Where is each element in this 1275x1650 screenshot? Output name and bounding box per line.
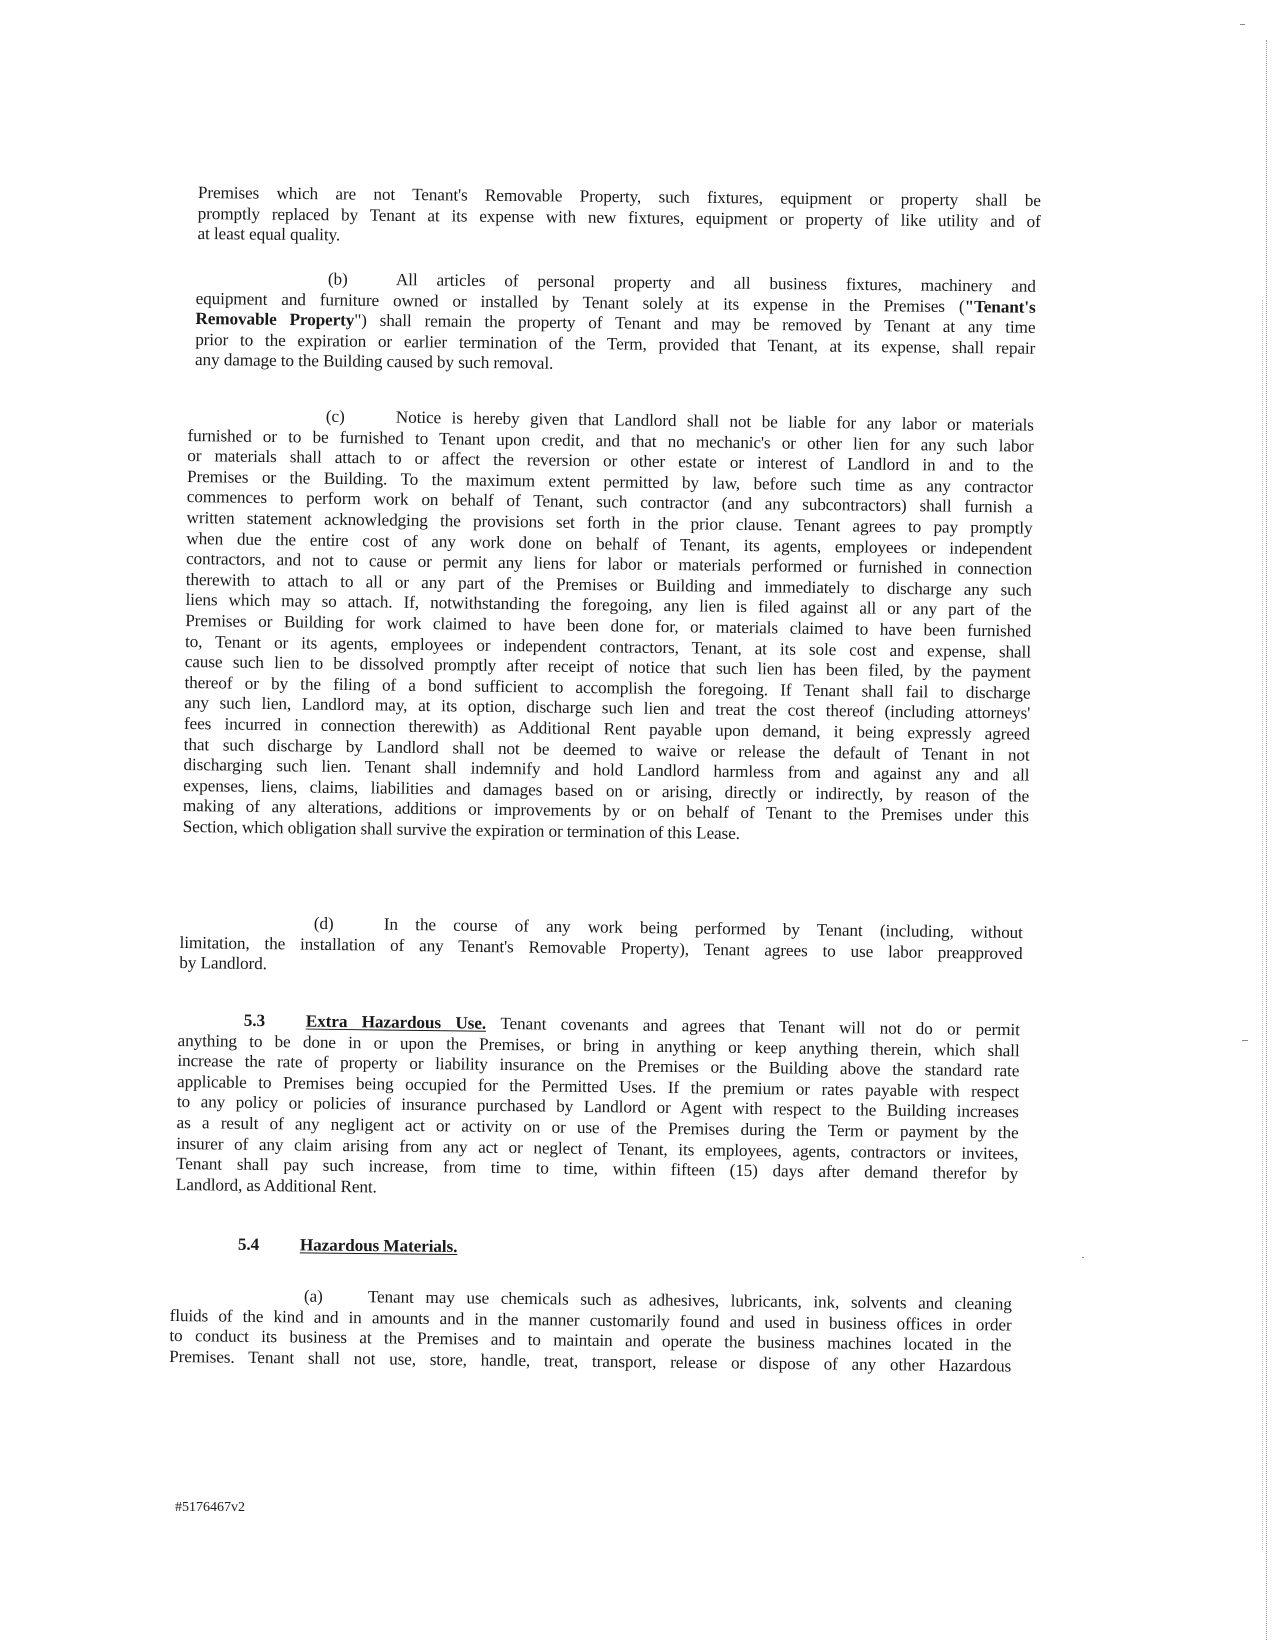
scan-speck	[1240, 24, 1245, 25]
continuation-paragraph: Premises which are not Tenant's Removabl…	[197, 183, 1041, 253]
section-number: 5.4	[238, 1235, 300, 1256]
scan-speck	[1242, 1040, 1248, 1041]
section-title: Hazardous Materials.	[300, 1235, 458, 1256]
section-heading-line: 5.4Hazardous Materials.	[172, 1234, 672, 1260]
paragraph-b: (b)All articles of personal property and…	[195, 268, 1036, 380]
paragraph-c: (c)Notice is hereby given that Landlord …	[183, 405, 1034, 848]
paragraph-label: (a)	[304, 1287, 368, 1308]
paragraph-label: (d)	[314, 914, 384, 936]
scan-edge-artifact	[1262, 300, 1263, 1550]
scan-speck	[1082, 1257, 1084, 1258]
section-5-4-heading: 5.4Hazardous Materials.	[172, 1234, 672, 1260]
document-page: Premises which are not Tenant's Removabl…	[0, 0, 1275, 1650]
section-title: Extra Hazardous Use.	[306, 1012, 486, 1033]
defined-term: "Tenant's	[964, 297, 1035, 317]
section-5-3: 5.3Extra Hazardous Use. Tenant covenants…	[176, 1010, 1020, 1206]
section-number: 5.3	[244, 1011, 306, 1032]
scan-edge-artifact	[1266, 40, 1267, 1640]
paragraph-label: (c)	[326, 407, 396, 428]
defined-term: Removable Property	[195, 309, 354, 330]
document-id-footer: #5176467v2	[175, 1500, 245, 1516]
paragraph-d: (d)In the course of any work being perfo…	[179, 912, 1023, 985]
paragraph-5-4-a: (a)Tenant may use chemicals such as adhe…	[169, 1285, 1012, 1377]
paragraph-label: (b)	[328, 269, 396, 290]
